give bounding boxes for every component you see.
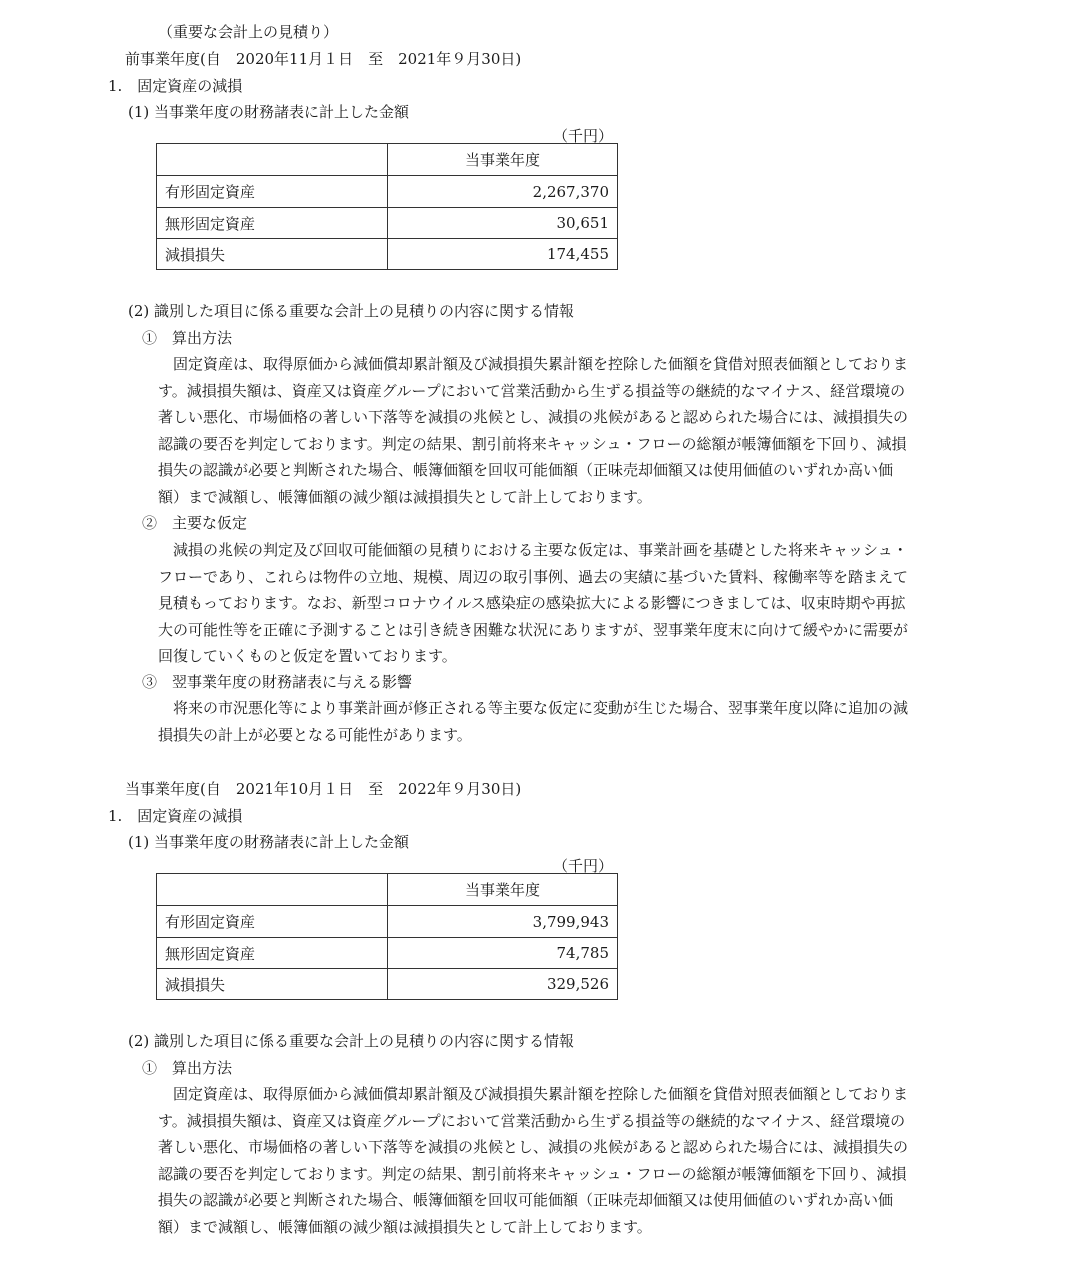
subsection-title-calc-method: ① 算出方法	[142, 328, 232, 348]
text-line: 認識の要否を判定しております。判定の結果、割引前将来キャッシュ・フローの総額が帳…	[158, 1161, 968, 1188]
sub1-title-prior: (1) 当事業年度の財務諸表に計上した金額	[128, 102, 409, 122]
row-value-impairment: 174,455	[388, 239, 618, 270]
paragraph-calc-method-prior: 固定資産は、取得原価から減価償却累計額及び減損損失累計額を控除した価額を貸借対照…	[158, 351, 968, 511]
text-line: 著しい悪化、市場価格の著しい下落等を減損の兆候とし、減損の兆候があると認められた…	[158, 404, 968, 431]
paragraph-impact: 将来の市況悪化等により事業計画が修正される等主要な仮定に変動が生じた場合、翌事業…	[158, 695, 968, 748]
item-title-current: 1. 固定資産の減損	[108, 806, 242, 826]
table-row: 有形固定資産 2,267,370	[157, 176, 618, 208]
text-line: フローであり、これらは物件の立地、規模、周辺の取引事例、過去の実績に基づいた賃料…	[158, 564, 968, 591]
section-heading: （重要な会計上の見積り）	[158, 22, 338, 42]
row-label-tangible: 有形固定資産	[157, 176, 388, 208]
period-current: 当事業年度(自 2021年10月１日 至 2022年９月30日)	[125, 779, 521, 799]
row-label-impairment: 減損損失	[157, 969, 388, 1000]
row-label-impairment: 減損損失	[157, 239, 388, 270]
text-line: す。減損損失額は、資産又は資産グループにおいて営業活動から生ずる損益等の継続的な…	[158, 1108, 968, 1135]
subsection-title-impact: ③ 翌事業年度の財務諸表に与える影響	[142, 672, 412, 692]
table-row: 無形固定資産 74,785	[157, 938, 618, 969]
sub2-title-prior: (2) 識別した項目に係る重要な会計上の見積りの内容に関する情報	[128, 301, 574, 321]
period-prior: 前事業年度(自 2020年11月１日 至 2021年９月30日)	[125, 49, 521, 69]
paragraph-calc-method-current: 固定資産は、取得原価から減価償却累計額及び減損損失累計額を控除した価額を貸借対照…	[158, 1081, 968, 1241]
row-value-tangible: 3,799,943	[388, 906, 618, 938]
row-value-impairment: 329,526	[388, 969, 618, 1000]
table-row: 減損損失 174,455	[157, 239, 618, 270]
amount-table-prior: 当事業年度 有形固定資産 2,267,370 無形固定資産 30,651 減損損…	[156, 143, 618, 270]
row-value-intangible: 74,785	[388, 938, 618, 969]
row-value-tangible: 2,267,370	[388, 176, 618, 208]
table-header-current-year: 当事業年度	[388, 144, 618, 176]
table-row: 有形固定資産 3,799,943	[157, 906, 618, 938]
sub1-title-current: (1) 当事業年度の財務諸表に計上した金額	[128, 832, 409, 852]
text-line: 損損失の計上が必要となる可能性があります。	[158, 722, 968, 749]
row-label-tangible: 有形固定資産	[157, 906, 388, 938]
table-header-row: 当事業年度	[157, 874, 618, 906]
text-line: 固定資産は、取得原価から減価償却累計額及び減損損失累計額を控除した価額を貸借対照…	[158, 351, 968, 378]
text-line: 額）まで減額し、帳簿価額の減少額は減損損失として計上しております。	[158, 1214, 968, 1241]
subsection-title-key-assumptions: ② 主要な仮定	[142, 513, 247, 533]
item-title-prior: 1. 固定資産の減損	[108, 76, 242, 96]
row-value-intangible: 30,651	[388, 208, 618, 239]
row-label-intangible: 無形固定資産	[157, 938, 388, 969]
table-header-row: 当事業年度	[157, 144, 618, 176]
text-line: 額）まで減額し、帳簿価額の減少額は減損損失として計上しております。	[158, 484, 968, 511]
text-line: 回復していくものと仮定を置いております。	[158, 643, 968, 670]
text-line: 認識の要否を判定しております。判定の結果、割引前将来キャッシュ・フローの総額が帳…	[158, 431, 968, 458]
text-line: 固定資産は、取得原価から減価償却累計額及び減損損失累計額を控除した価額を貸借対照…	[158, 1081, 968, 1108]
text-line: す。減損損失額は、資産又は資産グループにおいて営業活動から生ずる損益等の継続的な…	[158, 378, 968, 405]
sub2-title-current: (2) 識別した項目に係る重要な会計上の見積りの内容に関する情報	[128, 1031, 574, 1051]
table-header-empty	[157, 144, 388, 176]
table-row: 減損損失 329,526	[157, 969, 618, 1000]
text-line: 著しい悪化、市場価格の著しい下落等を減損の兆候とし、減損の兆候があると認められた…	[158, 1134, 968, 1161]
paragraph-key-assumptions: 減損の兆候の判定及び回収可能価額の見積りにおける主要な仮定は、事業計画を基礎とし…	[158, 537, 968, 670]
text-line: 損失の認識が必要と判断された場合、帳簿価額を回収可能価額（正味売却価額又は使用価…	[158, 1187, 968, 1214]
table-header-empty	[157, 874, 388, 906]
row-label-intangible: 無形固定資産	[157, 208, 388, 239]
table-row: 無形固定資産 30,651	[157, 208, 618, 239]
text-line: 将来の市況悪化等により事業計画が修正される等主要な仮定に変動が生じた場合、翌事業…	[158, 695, 968, 722]
amount-table-current: 当事業年度 有形固定資産 3,799,943 無形固定資産 74,785 減損損…	[156, 873, 618, 1000]
table-header-current-year: 当事業年度	[388, 874, 618, 906]
subsection-title-calc-method-current: ① 算出方法	[142, 1058, 232, 1078]
text-line: 損失の認識が必要と判断された場合、帳簿価額を回収可能価額（正味売却価額又は使用価…	[158, 457, 968, 484]
text-line: 見積もっております。なお、新型コロナウイルス感染症の感染拡大による影響につきまし…	[158, 590, 968, 617]
text-line: 減損の兆候の判定及び回収可能価額の見積りにおける主要な仮定は、事業計画を基礎とし…	[158, 537, 968, 564]
text-line: 大の可能性等を正確に予測することは引き続き困難な状況にありますが、翌事業年度末に…	[158, 617, 968, 644]
